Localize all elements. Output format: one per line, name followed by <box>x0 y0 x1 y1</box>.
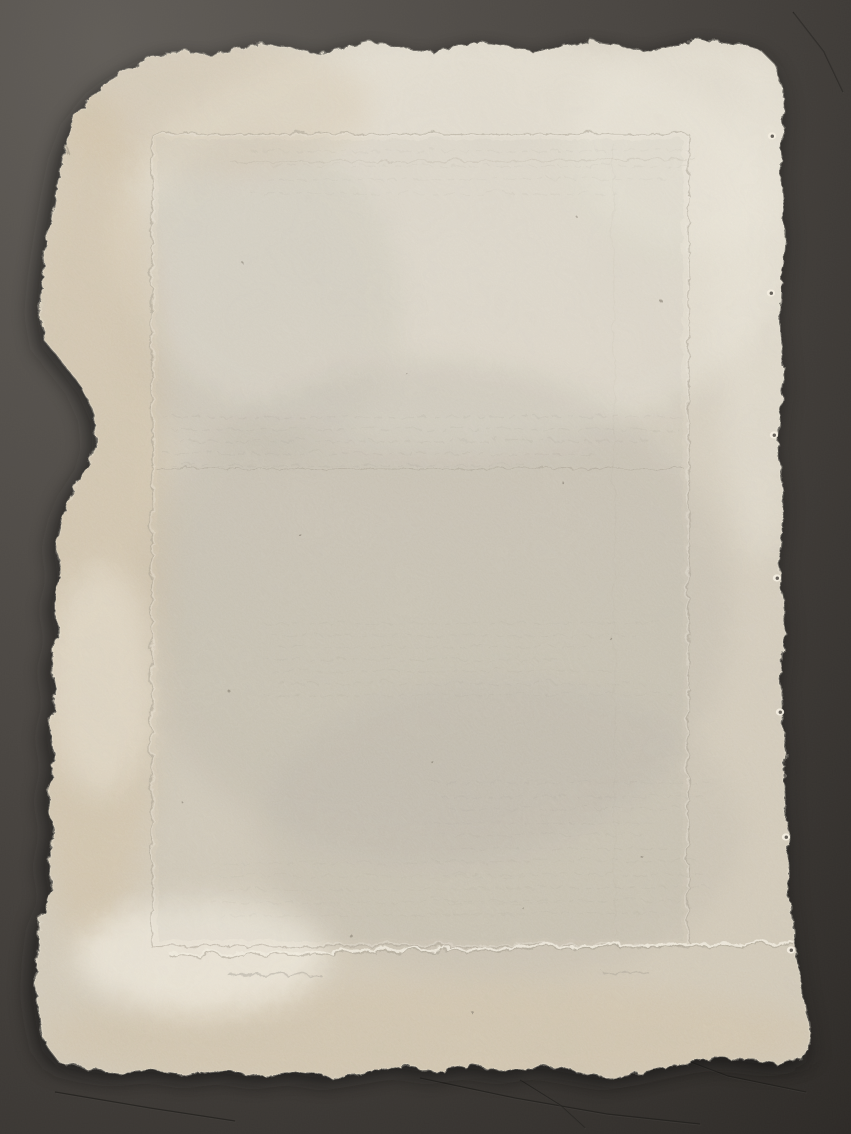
stitch-hole-puncture <box>771 135 774 138</box>
stitch-hole <box>776 708 784 715</box>
stitch-hole-puncture <box>776 577 779 580</box>
stitch-hole <box>767 289 775 296</box>
stitch-hole-puncture <box>770 292 773 295</box>
stitch-hole <box>770 431 778 438</box>
stitch-hole <box>787 946 795 953</box>
stitch-hole <box>782 833 790 840</box>
paper-sheet <box>0 0 851 1134</box>
stitch-hole-puncture <box>785 836 788 839</box>
photograph: Blank verso of an antique handmade paper… <box>0 0 851 1134</box>
paper-blotch-texture <box>0 0 851 1134</box>
stitch-hole-puncture <box>773 434 776 437</box>
stitch-hole-puncture <box>779 711 782 714</box>
stitch-hole <box>773 574 781 581</box>
stitch-hole <box>768 132 776 139</box>
stitch-hole-puncture <box>790 949 793 952</box>
scene <box>0 0 851 1134</box>
